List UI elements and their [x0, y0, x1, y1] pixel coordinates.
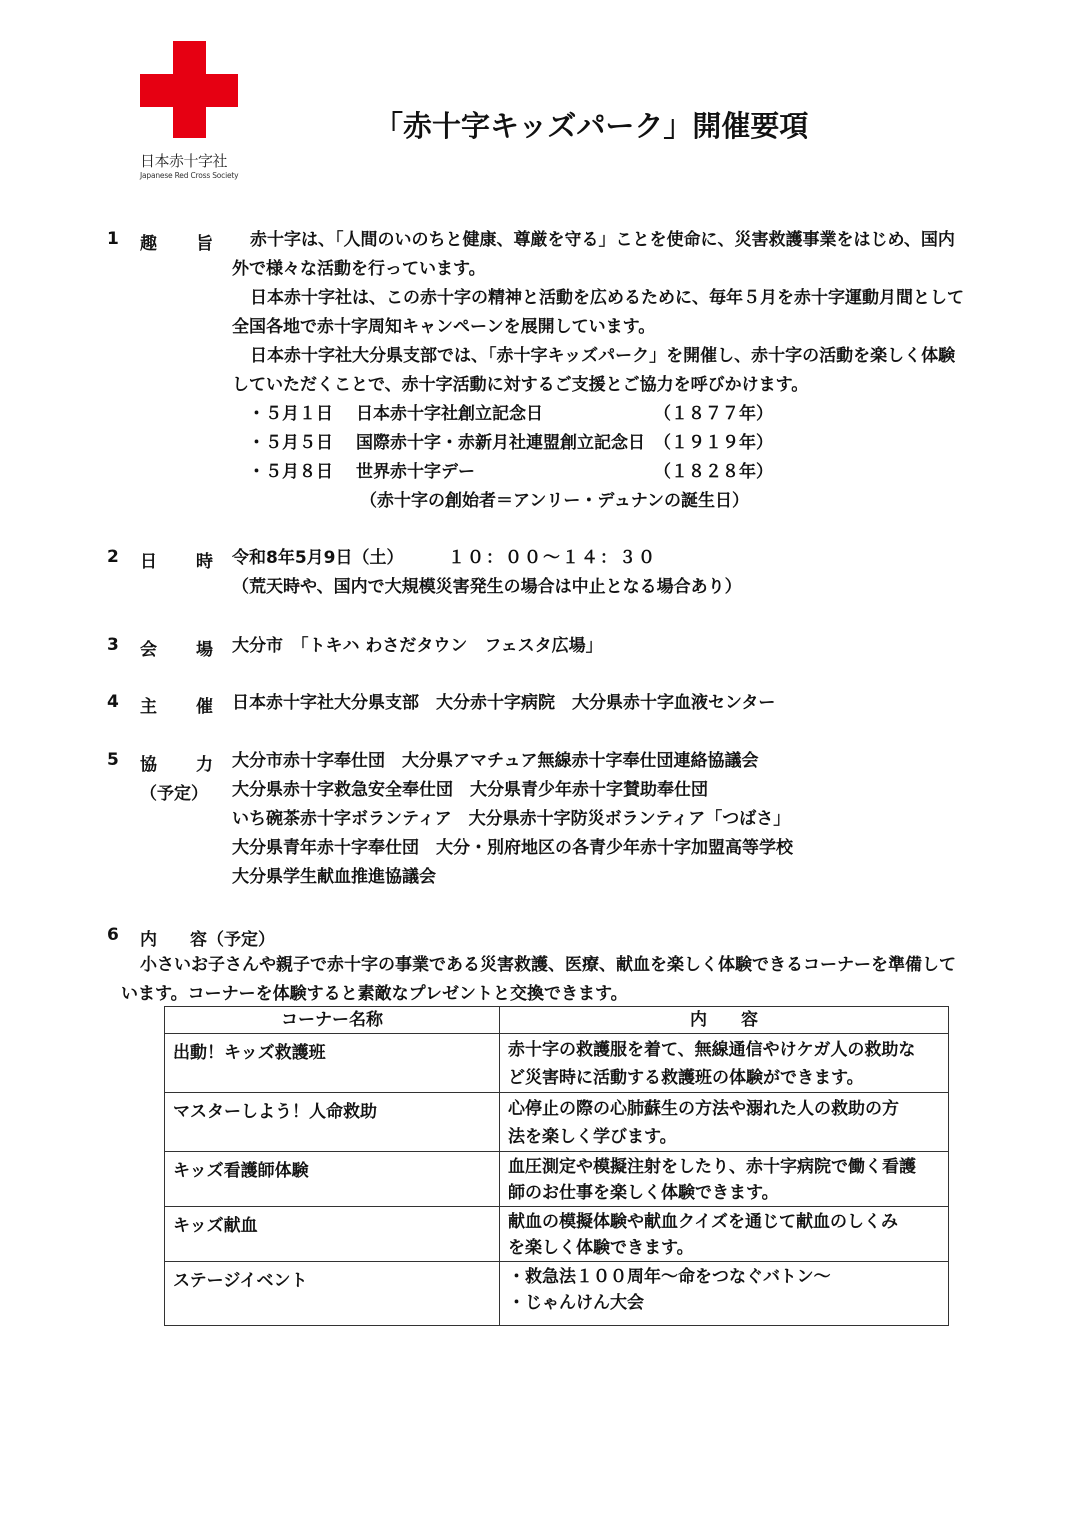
table-row: キッズ献血 献血の模擬体験や献血クイズを通じて献血のしくみ を楽しく体験できます…	[165, 1207, 949, 1262]
section-label: 催	[196, 692, 213, 717]
cooperator-line: 大分県青年赤十字奉仕団 大分・別府地区の各青少年赤十字加盟高等学校	[232, 837, 793, 859]
corner-desc-line: 血圧測定や模擬注射をしたり、赤十字病院で働く看護	[508, 1154, 940, 1180]
corner-desc: 心停止の際の心肺蘇生の方法や溺れた人の救助の方 法を楽しく学びます。	[500, 1093, 949, 1152]
date-item-date: ・５月１日	[248, 403, 333, 425]
section-label: 日	[140, 547, 157, 572]
section-sublabel: （予定）	[140, 779, 208, 804]
corners-table: コーナー名称 内 容 出動！キッズ救護班 赤十字の救護服を着て、無線通信やけケガ…	[164, 1006, 949, 1326]
table-row: キッズ看護師体験 血圧測定や模擬注射をしたり、赤十字病院で働く看護 師のお仕事を…	[165, 1152, 949, 1207]
paragraph-line: していただくことで、赤十字活動に対するご支援とご協力を呼びかけます。	[232, 374, 808, 396]
section-label: 協	[140, 750, 157, 775]
corner-name: キッズ献血	[165, 1207, 500, 1262]
table-header-name: コーナー名称	[165, 1007, 500, 1034]
page-title: 「赤十字キッズパーク」開催要項	[374, 104, 808, 145]
section-number: 4	[107, 692, 119, 712]
corner-desc: ・救急法１００周年～命をつなぐバトン～ ・じゃんけん大会	[500, 1262, 949, 1326]
content-intro-line: 小さいお子さんや親子で赤十字の事業である災害救護、医療、献血を楽しく体験できるコ…	[140, 954, 956, 976]
event-date: 令和8年5月9日（土）	[232, 547, 404, 569]
paragraph-line: 外で様々な活動を行っています。	[232, 258, 486, 280]
cooperator-line: 大分県学生献血推進協議会	[232, 866, 436, 888]
paragraph-line: 全国各地で赤十字周知キャンペーンを展開しています。	[232, 316, 655, 338]
corner-desc-line: ・救急法１００周年～命をつなぐバトン～	[508, 1264, 940, 1290]
date-item-year: （１９１９年）	[654, 432, 773, 454]
corner-desc-line: 師のお仕事を楽しく体験できます。	[508, 1180, 940, 1206]
section-label: 主	[140, 692, 157, 717]
section-label: 旨	[196, 229, 213, 254]
section-label: 会	[140, 635, 157, 660]
organizer-value: 日本赤十字社大分県支部 大分赤十字病院 大分県赤十字血液センター	[232, 692, 775, 714]
section-label: 時	[196, 547, 213, 572]
corner-desc-line: 心停止の際の心肺蘇生の方法や溺れた人の救助の方	[508, 1095, 940, 1123]
corner-name: ステージイベント	[165, 1262, 500, 1326]
corner-desc: 献血の模擬体験や献血クイズを通じて献血のしくみ を楽しく体験できます。	[500, 1207, 949, 1262]
date-item-date: ・５月８日	[248, 461, 333, 483]
section-number: 1	[107, 229, 119, 249]
table-header-desc: 内 容	[500, 1007, 949, 1034]
date-item-year: （１８２８年）	[654, 461, 773, 483]
logo-org-name-jp: 日本赤十字社	[140, 150, 240, 171]
paragraph-line: 日本赤十字社大分県支部では、「赤十字キッズパーク」を開催し、赤十字の活動を楽しく…	[250, 345, 955, 367]
section-number: 2	[107, 547, 119, 567]
cooperator-line: 大分県赤十字救急安全奉仕団 大分県青少年赤十字賛助奉仕団	[232, 779, 708, 801]
corner-desc-line: ・じゃんけん大会	[508, 1290, 940, 1316]
cooperator-line: 大分市赤十字奉仕団 大分県アマチュア無線赤十字奉仕団連絡協議会	[232, 750, 759, 772]
corner-desc-line: を楽しく体験できます。	[508, 1235, 940, 1261]
corner-name: 出動！キッズ救護班	[165, 1034, 500, 1093]
section-label: 内	[140, 925, 157, 950]
table-row: マスターしよう！人命救助 心停止の際の心肺蘇生の方法や溺れた人の救助の方 法を楽…	[165, 1093, 949, 1152]
corner-desc: 赤十字の救護服を着て、無線通信やけケガ人の救助な ど災害時に活動する救護班の体験…	[500, 1034, 949, 1093]
corner-desc: 血圧測定や模擬注射をしたり、赤十字病院で働く看護 師のお仕事を楽しく体験できます…	[500, 1152, 949, 1207]
date-item-event: 世界赤十字デー	[356, 461, 475, 483]
datetime-note: （荒天時や、国内で大規模災害発生の場合は中止となる場合あり）	[232, 576, 742, 598]
corner-desc-line: ど災害時に活動する救護班の体験ができます。	[508, 1064, 940, 1092]
table-row: ステージイベント ・救急法１００周年～命をつなぐバトン～ ・じゃんけん大会	[165, 1262, 949, 1326]
section-number: 3	[107, 635, 119, 655]
section-label: 容（予定）	[190, 925, 275, 950]
date-item-date: ・５月５日	[248, 432, 333, 454]
corner-name: キッズ看護師体験	[165, 1152, 500, 1207]
section-number: 6	[107, 925, 119, 945]
section-number: 5	[107, 750, 119, 770]
section-label: 場	[196, 635, 213, 660]
corner-desc-line: 法を楽しく学びます。	[508, 1123, 940, 1151]
date-item-event: 国際赤十字・赤新月社連盟創立記念日	[356, 432, 645, 454]
paragraph-line: 赤十字は、「人間のいのちと健康、尊厳を守る」ことを使命に、災害救護事業をはじめ、…	[250, 229, 955, 251]
cooperator-line: いち碗茶赤十字ボランティア 大分県赤十字防災ボランティア「つばさ」	[232, 808, 790, 830]
corner-desc-line: 献血の模擬体験や献血クイズを通じて献血のしくみ	[508, 1209, 940, 1235]
section-label: 趣	[140, 229, 157, 254]
event-time: １０：００～１４：３０	[448, 547, 657, 569]
date-item-event: 日本赤十字社創立記念日	[356, 403, 543, 425]
content-intro-line: います。コーナーを体験すると素敵なプレゼントと交換できます。	[121, 983, 628, 1005]
corner-desc-line: 赤十字の救護服を着て、無線通信やけケガ人の救助な	[508, 1036, 940, 1064]
corner-name: マスターしよう！人命救助	[165, 1093, 500, 1152]
red-cross-icon-bar	[140, 74, 238, 107]
section-label: 力	[196, 750, 213, 775]
venue-value: 大分市 「トキハ わさだタウン フェスタ広場」	[232, 635, 603, 657]
date-item-year: （１８７７年）	[654, 403, 773, 425]
table-row: 出動！キッズ救護班 赤十字の救護服を着て、無線通信やけケガ人の救助な ど災害時に…	[165, 1034, 949, 1093]
date-note: （赤十字の創始者＝アンリー・デュナンの誕生日）	[360, 490, 749, 512]
logo-org-name-en: Japanese Red Cross Society	[140, 171, 240, 180]
table-header-row: コーナー名称 内 容	[165, 1007, 949, 1034]
paragraph-line: 日本赤十字社は、この赤十字の精神と活動を広めるために、毎年５月を赤十字運動月間と…	[250, 287, 964, 309]
